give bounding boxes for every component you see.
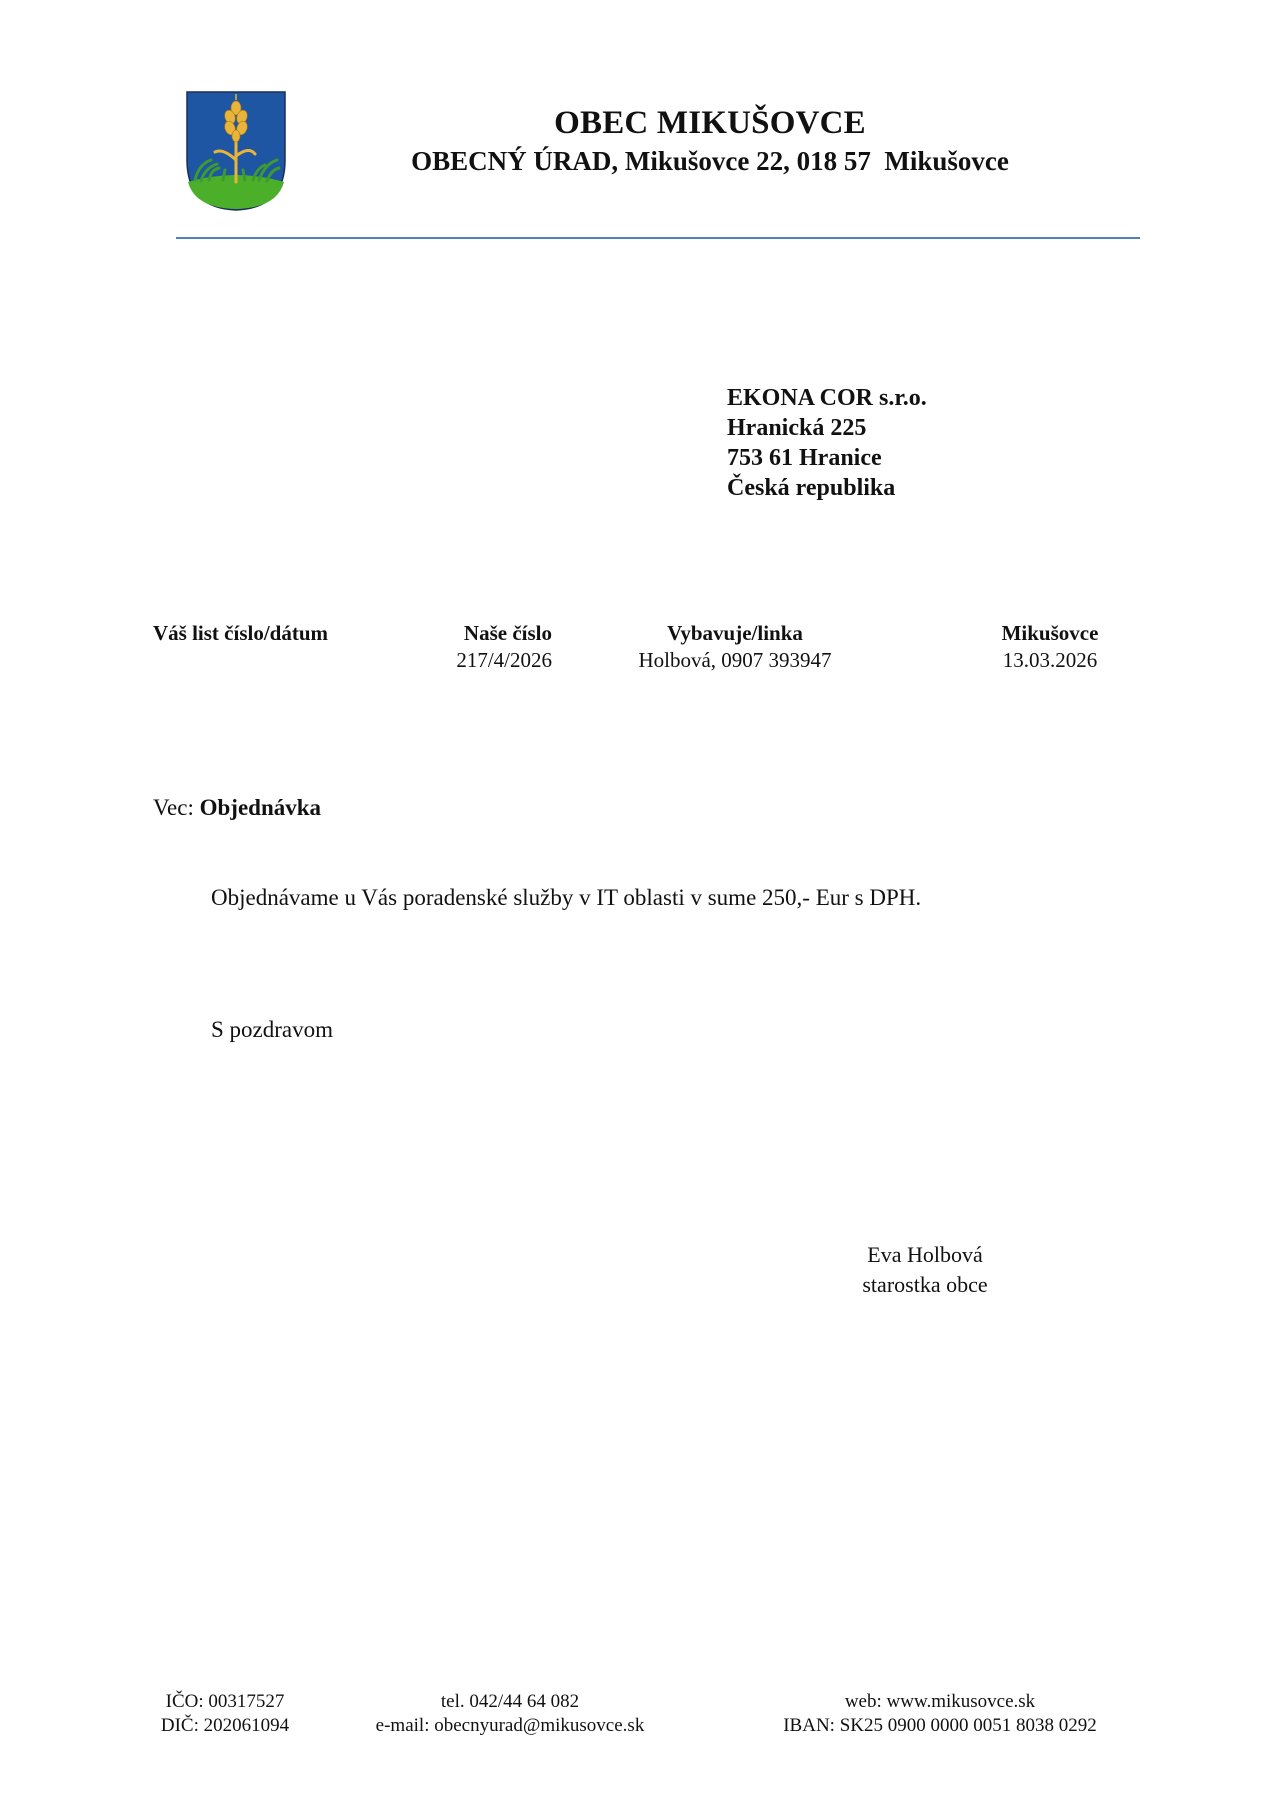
footer-contact: tel. 042/44 64 082 e-mail: obecnyurad@mi… [345, 1690, 675, 1738]
recipient-city: 753 61 Hranice [727, 443, 927, 473]
subject-line: Vec: Objednávka [153, 793, 321, 823]
recipient-street: Hranická 225 [727, 413, 927, 443]
header-divider [176, 237, 1140, 239]
ref-our-number: Naše číslo 217/4/2026 [420, 620, 552, 674]
signature-block: Eva Holbová starostka obce [820, 1240, 1030, 1300]
subject-prefix: Vec: [153, 795, 194, 820]
recipient-company: EKONA COR s.r.o. [727, 383, 927, 413]
footer-website[interactable]: web: www.mikusovce.sk [745, 1690, 1135, 1714]
municipality-title: OBEC MIKUŠOVCE [330, 104, 1090, 142]
footer-iban: IBAN: SK25 0900 0000 0051 8038 0292 [745, 1714, 1135, 1738]
ref-label: Mikušovce [970, 620, 1130, 647]
ref-value: 217/4/2026 [420, 647, 552, 674]
closing-salutation: S pozdravom [211, 1015, 333, 1045]
recipient-country: Česká republika [727, 473, 927, 503]
ref-place-date: Mikušovce 13.03.2026 [970, 620, 1130, 674]
ref-handled-by: Vybavuje/linka Holbová, 0907 393947 [600, 620, 870, 674]
ref-your-letter: Váš list číslo/dátum [153, 620, 328, 647]
recipient-address: EKONA COR s.r.o. Hranická 225 753 61 Hra… [727, 383, 927, 503]
footer-ico: IČO: 00317527 [140, 1690, 310, 1714]
footer-phone: tel. 042/44 64 082 [345, 1690, 675, 1714]
ref-value: Holbová, 0907 393947 [600, 647, 870, 674]
signatory-name: Eva Holbová [820, 1240, 1030, 1270]
signatory-title: starostka obce [820, 1270, 1030, 1300]
ref-value: 13.03.2026 [970, 647, 1130, 674]
office-address: OBECNÝ ÚRAD, Mikušovce 22, 018 57 Mikušo… [330, 145, 1090, 177]
letter-body: Objednávame u Vás poradenské služby v IT… [211, 883, 921, 913]
footer-web-bank: web: www.mikusovce.sk IBAN: SK25 0900 00… [745, 1690, 1135, 1738]
footer-ids: IČO: 00317527 DIČ: 202061094 [140, 1690, 310, 1738]
ref-label: Vybavuje/linka [600, 620, 870, 647]
subject-text: Objednávka [200, 795, 321, 820]
footer-dic: DIČ: 202061094 [140, 1714, 310, 1738]
ref-label: Váš list číslo/dátum [153, 620, 328, 647]
footer-email[interactable]: e-mail: obecnyurad@mikusovce.sk [345, 1714, 675, 1738]
ref-label: Naše číslo [420, 620, 552, 647]
coat-of-arms-icon [185, 90, 287, 212]
